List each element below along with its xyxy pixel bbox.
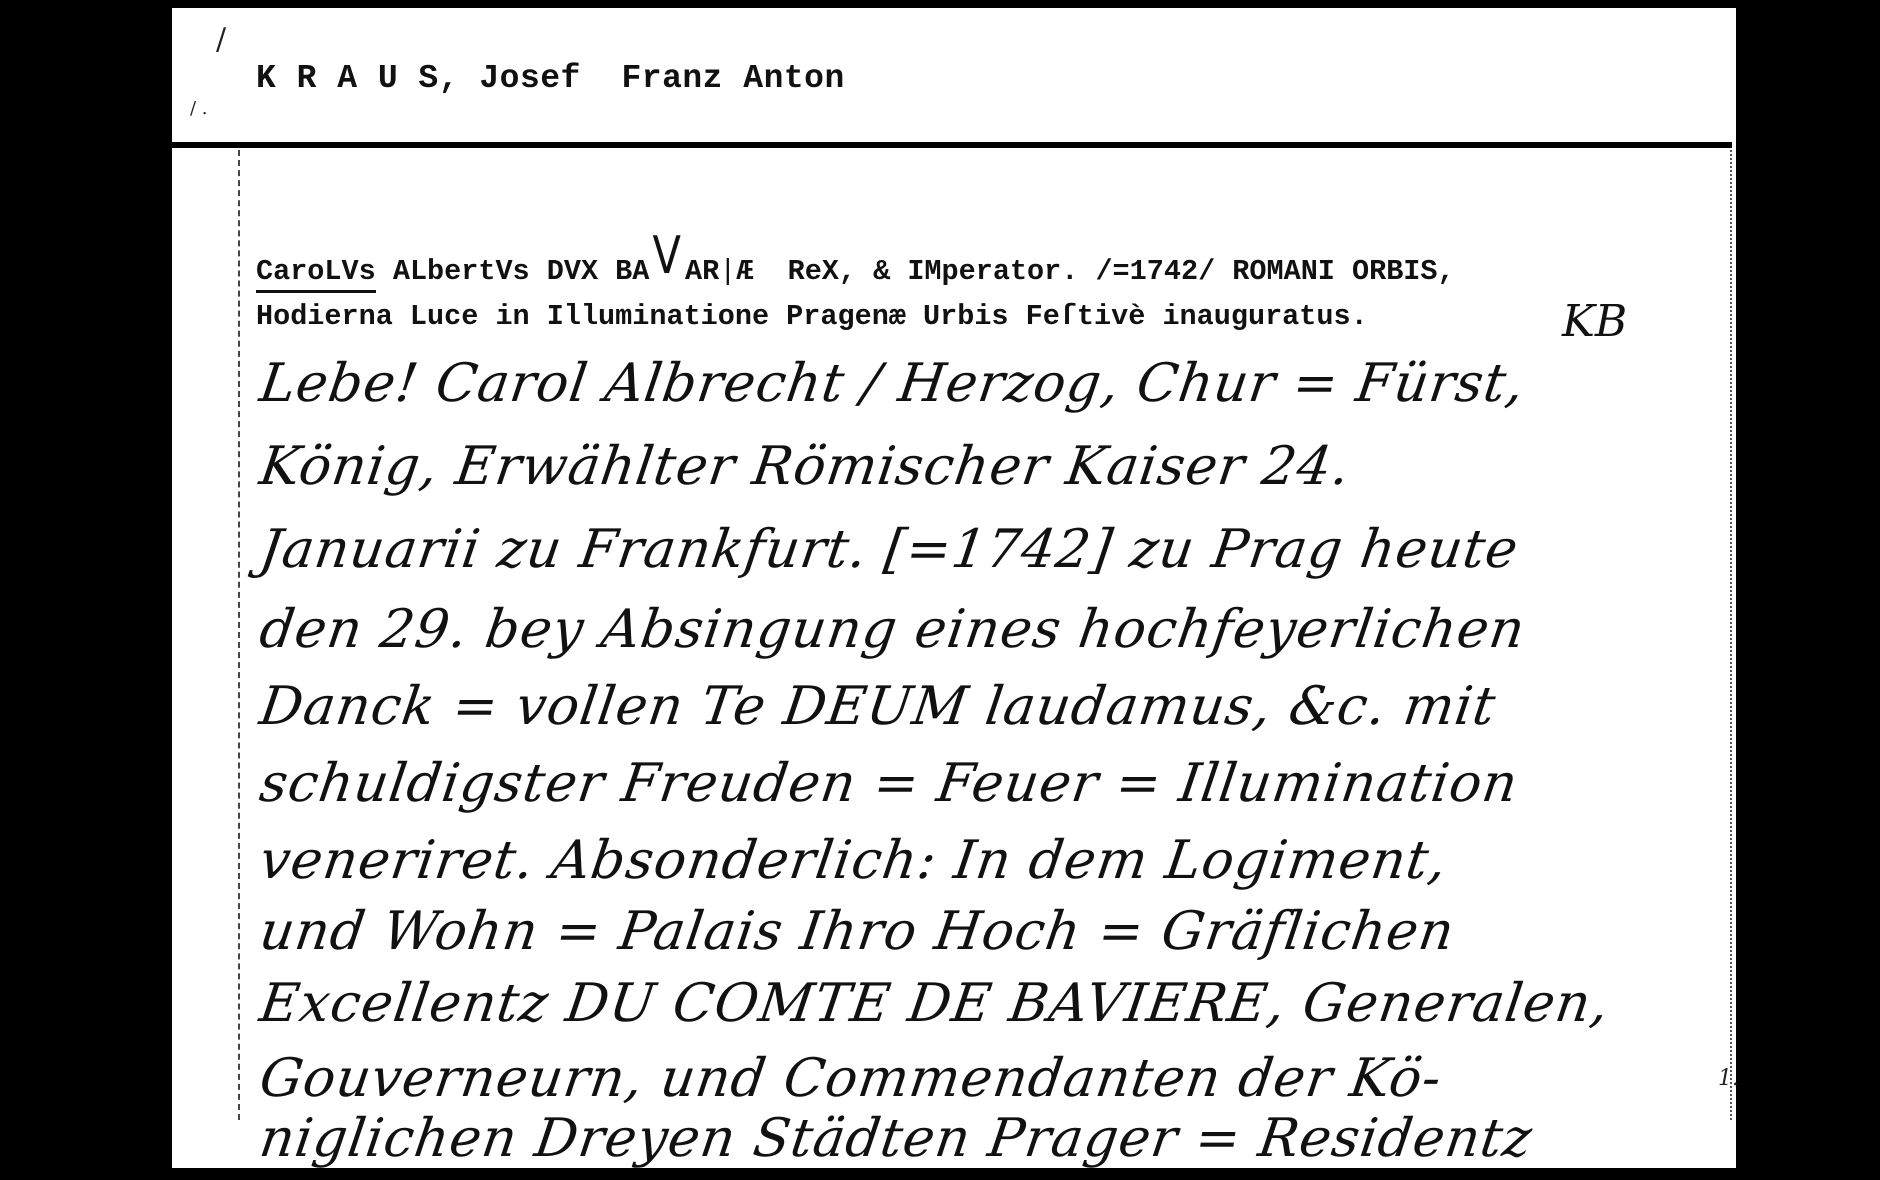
handwritten-line: Gouverneurn, und Commendanten der Kö-: [256, 1048, 1446, 1109]
pen-stroke-mark: /: [216, 22, 226, 57]
handwritten-line: König, Erwählter Römischer Kaiser 24.: [256, 436, 1354, 497]
typed-text: Æ ReX, & IMperator. /=1742/ ROMANI ORBIS…: [736, 255, 1454, 288]
left-margin-line: [238, 150, 240, 1120]
handwritten-line: Excellentz DU COMTE DE BAVIERE, Generale…: [256, 973, 1613, 1034]
handwritten-initials: KB: [1562, 296, 1627, 347]
handwritten-line: Danck = vollen Te DEUM laudamus, &c. mit: [256, 676, 1500, 737]
card-header-name: K R A U S, Josef Franz Anton: [256, 60, 845, 97]
handwritten-line: und Wohn = Palais Ihro Hoch = Gräflichen: [256, 901, 1459, 962]
card-bottom-edge: [172, 1168, 1736, 1172]
edge-mark: 1.: [1718, 1066, 1739, 1091]
index-card: / / . K R A U S, Josef Franz Anton CaroL…: [172, 8, 1736, 1172]
handwritten-line: veneriret. Absonderlich: In dem Logiment…: [256, 830, 1451, 891]
right-margin-line: [1730, 150, 1732, 1120]
separator-bar: |: [719, 255, 736, 288]
typed-title-line-2: Hodierna Luce in Illuminatione Pragenæ U…: [256, 300, 1368, 333]
handwritten-line: niglichen Dreyen Städten Prager = Reside…: [256, 1108, 1536, 1169]
typed-text: ALbertVs DVX BA: [376, 255, 650, 288]
header-divider: [172, 142, 1732, 148]
handwritten-line: Lebe! Carol Albrecht / Herzog, Chur = Fü…: [256, 353, 1529, 414]
insertion-mark: V: [653, 242, 681, 270]
pen-stroke-mark: / .: [190, 98, 208, 119]
typed-title-line-1: CaroLVs ALbertVs DVX BAVAR|Æ ReX, & IMpe…: [256, 248, 1455, 288]
typed-underlined-word: CaroLVs: [256, 255, 376, 293]
handwritten-line: schuldigster Freuden = Feuer = Illuminat…: [256, 753, 1522, 814]
handwritten-line: Januarii zu Frankfurt. [=1742] zu Prag h…: [256, 519, 1522, 580]
typed-text: AR: [685, 255, 719, 288]
handwritten-line: den 29. bey Absingung eines hochfeyerlic…: [256, 599, 1529, 660]
